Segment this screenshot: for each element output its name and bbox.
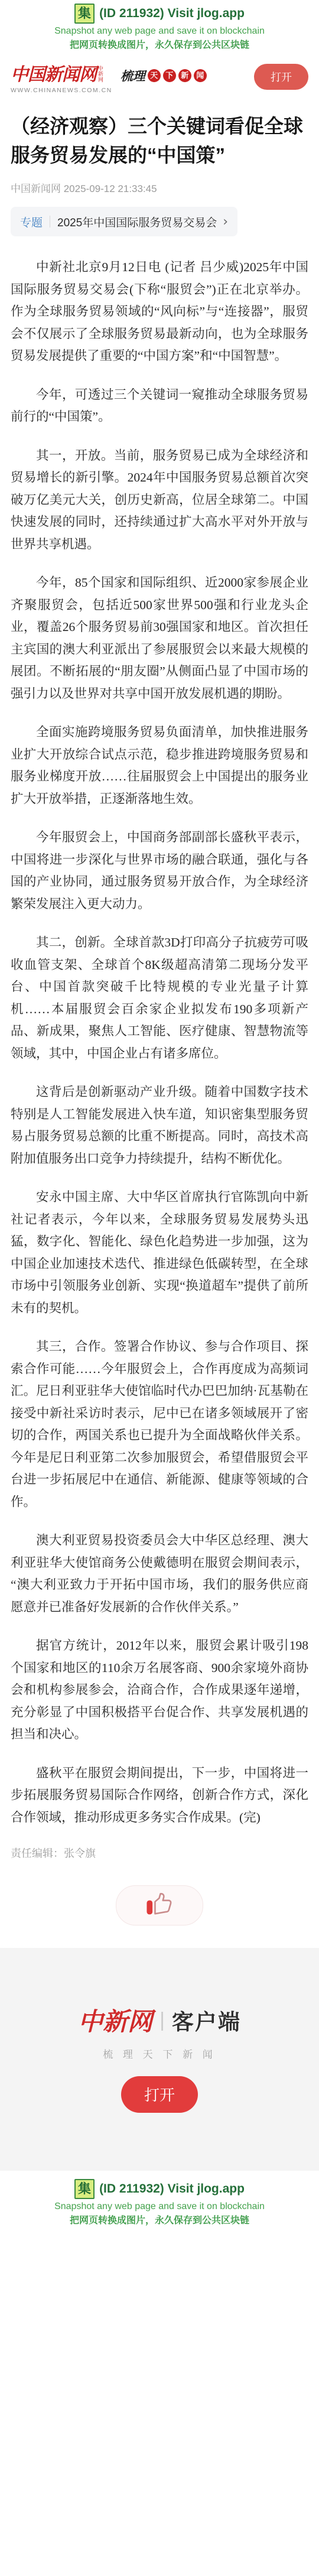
app-logo-client: 客户端 — [172, 2004, 241, 2036]
logo-calligraphy: 中国新闻网 — [11, 65, 96, 84]
thumbs-up-icon — [143, 1891, 176, 1921]
app-slogan: 梳 理 天 下 新 闻 — [0, 2046, 319, 2061]
editor-line: 责任编辑：张令旗 — [11, 1845, 308, 1861]
like-section — [0, 1885, 319, 1926]
jlog-tagline-cn: 把网页转换成图片，永久保存到公共区块链 — [0, 37, 319, 51]
article-paragraph: 澳大利亚贸易投资委员会大中华区总经理、澳大利亚驻华大使馆商务公使戴德明在服贸会期… — [11, 1530, 308, 1618]
slogan-prefix: 梳理 — [121, 67, 145, 84]
article-paragraph: 安永中国主席、大中华区首席执行官陈凯向中新社记者表示，今年以来，全球服务贸易发展… — [11, 1186, 308, 1319]
site-header: 中国新闻网 中新网 WWW.CHINANEWS.COM.CN 梳理 天 下 新 … — [0, 57, 319, 105]
jlog-badge-icon: 集 — [74, 4, 95, 24]
topic-divider — [50, 216, 50, 227]
app-logo-divider: | — [159, 2009, 165, 2032]
app-footer: 中新网 | 客户端 梳 理 天 下 新 闻 打开 — [0, 1948, 319, 2171]
jlog-id-link[interactable]: (ID 211932) Visit jlog.app — [99, 2182, 245, 2196]
article-paragraph: 其一，开放。当前，服务贸易已成为全球经济和贸易增长的新引擎。2024年中国服务贸… — [11, 445, 308, 556]
jlog-banner-top[interactable]: 集 (ID 211932) Visit jlog.app Snapshot an… — [0, 0, 319, 57]
article-paragraph: 今年服贸会上，中国商务部副部长盛秋平表示，中国将进一步深化与世界市场的融合联通，… — [11, 827, 308, 915]
slogan-circle-char: 天 — [148, 69, 161, 82]
article-paragraph: 今年，85个国家和国际组织、近2000家参展企业齐聚服贸会，包括近500家世界5… — [11, 572, 308, 705]
topic-title: 2025年中国国际服务贸易交易会 — [57, 214, 217, 230]
site-slogan: 梳理 天 下 新 闻 — [121, 67, 207, 84]
topic-label: 专题 — [20, 214, 43, 230]
page: 集 (ID 211932) Visit jlog.app Snapshot an… — [0, 0, 319, 2233]
app-logo: 中新网 | 客户端 — [0, 2002, 319, 2038]
slogan-circle-char: 闻 — [194, 69, 207, 82]
chevron-right-icon: › — [223, 214, 228, 229]
article-paragraph: 今年，可透过三个关键词一窥推动全球服务贸易前行的“中国策”。 — [11, 384, 308, 428]
article-paragraph: 中新社北京9月12日电 (记者 吕少威)2025年中国国际服务贸易交易会(下称“… — [11, 256, 308, 367]
article-paragraph: 全面实施跨境服务贸易负面清单，加快推进服务业扩大开放综合试点示范，稳步推进跨境服… — [11, 721, 308, 810]
jlog-badge-icon: 集 — [74, 2179, 95, 2199]
article-meta: 中国新闻网 2025-09-12 21:33:45 — [11, 180, 308, 195]
article-title: （经济观察）三个关键词看促全球服务贸易发展的“中国策” — [11, 112, 308, 170]
logo-url-text: WWW.CHINANEWS.COM.CN — [11, 87, 112, 94]
jlog-tagline-en: Snapshot any web page and save it on blo… — [0, 26, 319, 37]
article-paragraph: 盛秋平在服贸会期间提出，下一步，中国将进一步拓展服务贸易国际合作网络，创新合作方… — [11, 1762, 308, 1829]
jlog-id-link[interactable]: (ID 211932) Visit jlog.app — [99, 6, 245, 21]
topic-chip[interactable]: 专题 2025年中国国际服务贸易交易会 › — [11, 207, 237, 236]
chinanews-logo[interactable]: 中国新闻网 中新网 WWW.CHINANEWS.COM.CN — [11, 65, 112, 94]
article-paragraph: 据官方统计，2012年以来，服贸会累计吸引198个国家和地区的110余万名展客商… — [11, 1635, 308, 1746]
article-paragraph: 这背后是创新驱动产业升级。随着中国数字技术特别是人工智能发展进入快车道，知识密集… — [11, 1081, 308, 1170]
logo-side-text: 中新网 — [98, 66, 105, 83]
like-button[interactable] — [116, 1885, 203, 1926]
article-body: 中新社北京9月12日电 (记者 吕少威)2025年中国国际服务贸易交易会(下称“… — [11, 256, 308, 1829]
slogan-circle-char: 新 — [178, 69, 191, 82]
article-paragraph: 其二，创新。全球首款3D打印高分子抗疲劳可吸收血管支架、全球首个8K级超高清第二… — [11, 932, 308, 1065]
open-app-button-footer[interactable]: 打开 — [121, 2076, 198, 2113]
jlog-banner-bottom[interactable]: 集 (ID 211932) Visit jlog.app Snapshot an… — [0, 2171, 319, 2233]
slogan-circle-char: 下 — [163, 69, 176, 82]
app-logo-calligraphy: 中新网 — [78, 2002, 152, 2038]
open-app-button-header[interactable]: 打开 — [254, 64, 308, 90]
jlog-tagline-cn: 把网页转换成图片，永久保存到公共区块链 — [0, 2213, 319, 2226]
jlog-tagline-en: Snapshot any web page and save it on blo… — [0, 2201, 319, 2212]
article-paragraph: 其三，合作。签署合作协议、参与合作项目、探索合作可能……今年服贸会上，合作再度成… — [11, 1336, 308, 1513]
